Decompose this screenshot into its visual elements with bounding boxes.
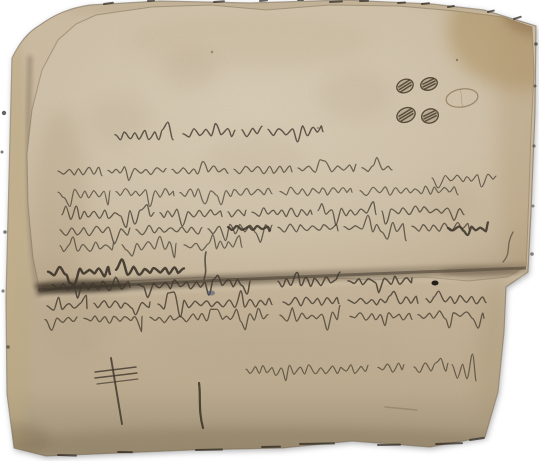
- paper-speck: [1, 151, 4, 154]
- top-edge-torn-mark: [104, 3, 113, 4]
- letter-photo: [0, 0, 539, 461]
- top-edge-torn-mark: [488, 11, 494, 12]
- bottom-edge-torn-mark: [436, 443, 462, 444]
- top-edge-torn-mark: [330, 1, 342, 2]
- bottom-edge-torn-mark: [300, 443, 334, 444]
- top-edge-torn-mark: [514, 17, 521, 19]
- paper-speck: [532, 205, 535, 208]
- paper-speck: [2, 111, 6, 115]
- paper-speck: [3, 230, 7, 234]
- top-edge-torn-mark: [214, 1, 224, 2]
- paper-speck: [1, 289, 4, 292]
- top-edge-torn-mark: [422, 3, 429, 4]
- top-edge-torn-mark: [260, 0, 267, 1]
- top-edge-torn-mark: [448, 6, 454, 7]
- photographed-letter-scene: Aged handwritten letter: [0, 0, 539, 461]
- bottom-edge-torn-mark: [58, 455, 76, 456]
- paper-grain-texture: [0, 0, 539, 461]
- top-edge-torn-mark: [148, 0, 154, 1]
- paper-speck: [530, 252, 534, 256]
